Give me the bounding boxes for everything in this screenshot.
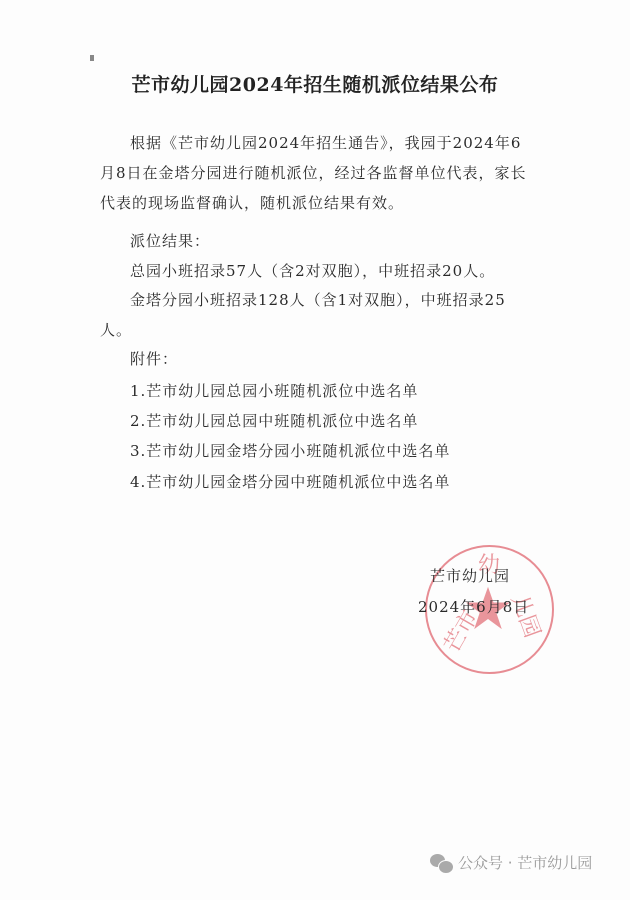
attachment-item: 2.芒市幼儿园总园中班随机派位中选名单 [130, 410, 418, 431]
attachment-item: 1.芒市幼儿园总园小班随机派位中选名单 [130, 380, 418, 401]
result-line-jinta: 金塔分园小班招录128人（含1对双胞），中班招录25人。 [100, 285, 530, 345]
result-line-main: 总园小班招录57人（含2对双胞），中班招录20人。 [130, 260, 495, 281]
intro-paragraph: 根据《芒市幼儿园2024年招生通告》，我园于2024年6月8日在金塔分园进行随机… [100, 128, 530, 218]
scan-mark [90, 55, 94, 61]
signature-date: 2024年6月8日 [418, 596, 529, 617]
signature-organization: 芒市幼儿园 [430, 565, 510, 586]
results-heading: 派位结果： [130, 230, 210, 251]
document-title: 芒市幼儿园2024年招生随机派位结果公布 [0, 70, 630, 97]
wechat-icon [430, 854, 452, 872]
attachments-heading: 附件： [130, 348, 178, 369]
attachment-item: 4.芒市幼儿园金塔分园中班随机派位中选名单 [130, 471, 450, 492]
source-label: 公众号 · 芒市幼儿园 [458, 852, 592, 873]
source-watermark: 公众号 · 芒市幼儿园 [430, 852, 592, 873]
attachment-item: 3.芒市幼儿园金塔分园小班随机派位中选名单 [130, 440, 450, 461]
